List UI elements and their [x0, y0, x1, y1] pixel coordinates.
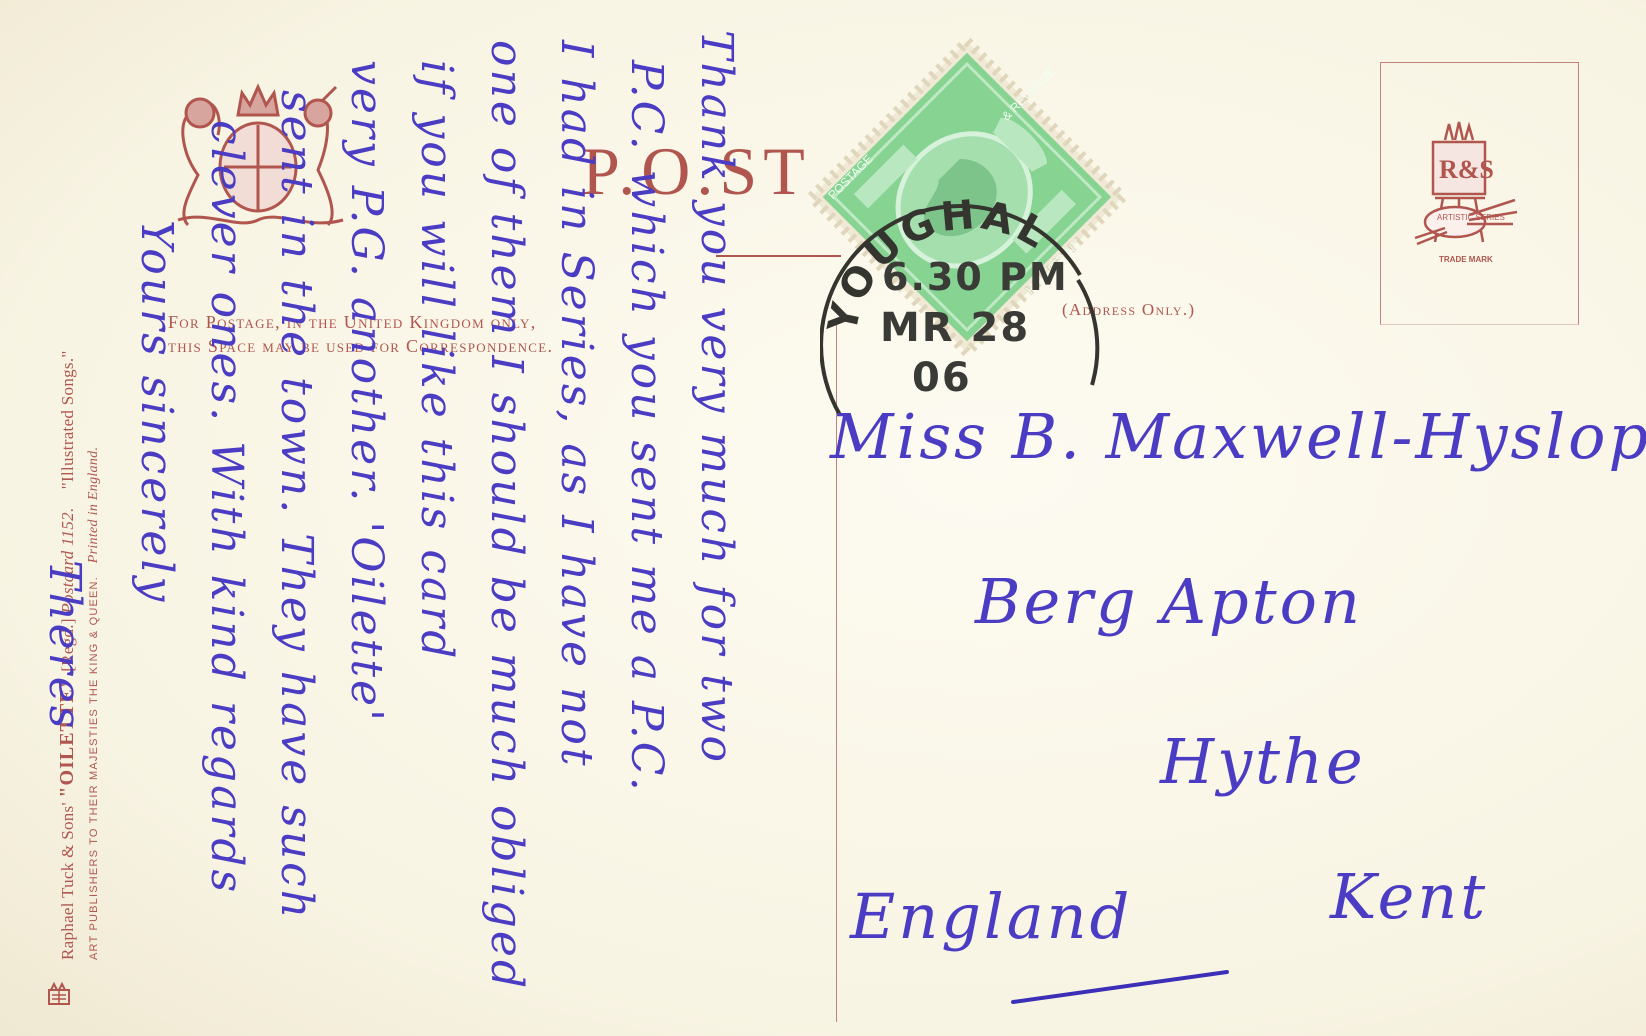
address-county: Kent [1330, 860, 1488, 933]
message-line: Thank you very much for two [691, 30, 742, 765]
message-line: Yours sincerely [131, 220, 182, 604]
svg-text:R&S: R&S [1439, 155, 1494, 184]
postmark: YOUGHAL 6.30 PM MR 28 06 [820, 185, 1110, 425]
postcard-back: Raphael Tuck & Sons' "OILETTE" [Regd.] P… [0, 0, 1646, 1036]
royal-coat-of-arms-icon [158, 75, 358, 235]
message-line: one of them I should be much obliged [481, 40, 532, 991]
message-line: very P.G. another. 'Oilette' [341, 60, 392, 724]
trademark-caption: TRADE MARK [1439, 255, 1493, 264]
message-line: clever ones. With kind regards [201, 120, 252, 895]
postmark-time: 6.30 PM [882, 255, 1069, 299]
publisher-name: Raphael Tuck & Sons' [58, 802, 77, 960]
address-town: Hythe [1160, 725, 1366, 798]
message-line: sent in the town. They have such [271, 90, 322, 921]
publisher-logo-icon [46, 982, 72, 1008]
series-name: "Illustrated Songs." [58, 350, 77, 489]
address-recipient: Miss B. Maxwell-Hyslop [830, 400, 1646, 473]
address-house: Berg Apton [975, 565, 1363, 638]
address-country: England [850, 880, 1132, 953]
printed-in: Printed in England. [86, 447, 101, 564]
easel-trademark-icon: R&S ARTISTIC SERIES TRADE MARK [1405, 120, 1520, 270]
postmark-year: 06 [912, 355, 972, 401]
postmark-date: MR 28 [880, 305, 1030, 351]
message-line: if you will like this card [411, 60, 462, 661]
country-underline [1011, 970, 1229, 1005]
message-line: P.C. which you sent me a P.C. [621, 60, 672, 794]
message-signature: Theres [39, 560, 90, 731]
message-line: I had in Series, as I have not [551, 40, 602, 769]
series-label: ARTISTIC SERIES [1437, 213, 1505, 222]
